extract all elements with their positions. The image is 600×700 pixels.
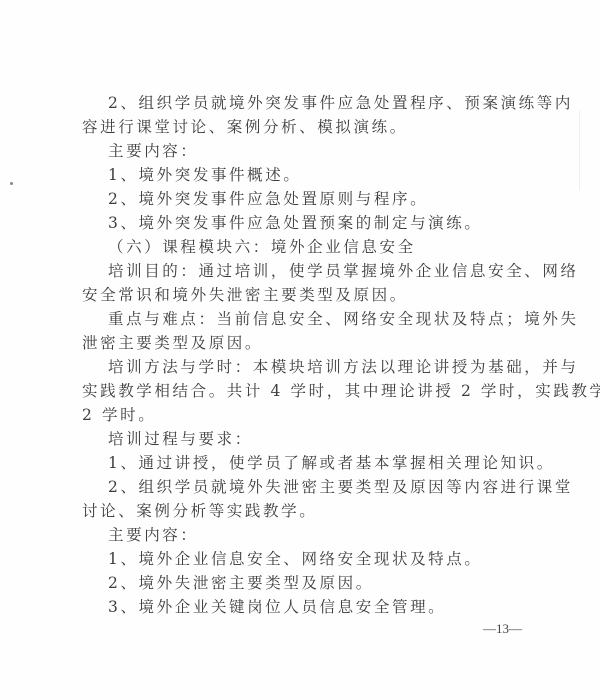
paragraph-line: 重点与难点：当前信息安全、网络安全现状及特点；境外失: [108, 309, 558, 329]
paragraph-line: 容进行课堂讨论、案例分析、模拟演练。: [82, 117, 532, 137]
paragraph-line: 实践教学相结合。共计 4 学时，其中理论讲授 2 学时，实践教学: [82, 381, 532, 401]
margin-mark: [10, 182, 13, 185]
paragraph-line: 2 学时。: [82, 405, 532, 425]
list-item: 2、境外突发事件应急处置原则与程序。: [108, 189, 558, 209]
section-heading: 主要内容：: [108, 525, 558, 545]
page-number: —13—: [483, 621, 522, 637]
paragraph-line: 泄密主要类型及原因。: [82, 333, 532, 353]
paragraph-line: 培训方法与学时：本模块培训方法以理论讲授为基础，并与: [108, 357, 558, 377]
section-heading: 主要内容：: [108, 141, 558, 161]
paragraph-line: 培训目的：通过培训，使学员掌握境外企业信息安全、网络: [108, 261, 558, 281]
paragraph-line: 2、组织学员就境外突发事件应急处置程序、预案演练等内: [108, 93, 558, 113]
list-item: 2、组织学员就境外失泄密主要类型及原因等内容进行课堂: [108, 477, 558, 497]
page-edge-shadow: [579, 110, 580, 190]
list-item: 1、通过讲授，使学员了解或者基本掌握相关理论知识。: [108, 453, 558, 473]
paragraph-line: 安全常识和境外失泄密主要类型及原因。: [82, 285, 532, 305]
section-heading: 培训过程与要求：: [108, 429, 558, 449]
list-item: 2、境外失泄密主要类型及原因。: [108, 573, 558, 593]
document-page: 2、组织学员就境外突发事件应急处置程序、预案演练等内 容进行课堂讨论、案例分析、…: [0, 0, 600, 700]
list-item: 3、境外突发事件应急处置预案的制定与演练。: [108, 213, 558, 233]
module-heading: （六）课程模块六：境外企业信息安全: [108, 237, 558, 257]
paragraph-line: 讨论、案例分析等实践教学。: [82, 501, 532, 521]
list-item: 1、境外突发事件概述。: [108, 165, 558, 185]
list-item: 1、境外企业信息安全、网络安全现状及特点。: [108, 549, 558, 569]
list-item: 3、境外企业关键岗位人员信息安全管理。: [108, 597, 558, 617]
